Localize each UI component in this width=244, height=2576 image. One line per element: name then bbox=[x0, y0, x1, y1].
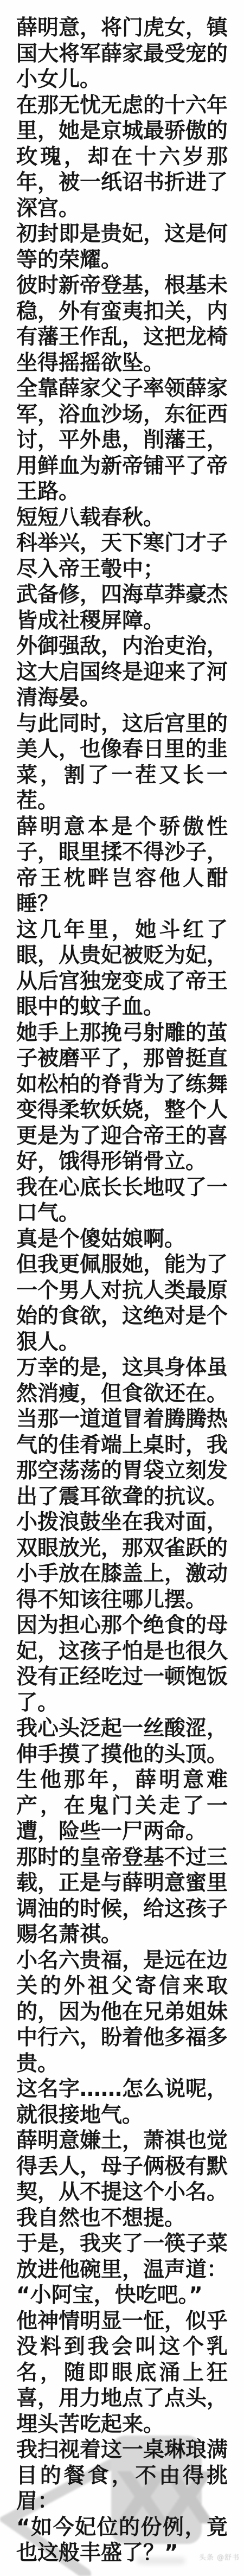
paragraph: 她手上那挽弓射雕的茧子被磨平了，那曾挺直如松柏的脊背为了练舞变得柔软妖娆，整个人… bbox=[16, 1020, 228, 1175]
paragraph: 我扫视着这一桌琳琅满目的餐食，不由得挑眉： bbox=[16, 2437, 228, 2515]
paragraph: 当那一道道冒着腾腾热气的佳肴端上桌时，我那空荡荡的胃袋立刻发出了震耳欲聋的抗议。 bbox=[16, 1407, 228, 1510]
paragraph: 我心头泛起一丝酸涩，伸手摸了摸他的头顶。 bbox=[16, 1716, 228, 1767]
paragraph: 与此同时，这后宫里的美人，也像春日里的韭菜，割了一茬又长一茬。 bbox=[16, 711, 228, 814]
paragraph: 薛明意嫌土，萧祺也觉得丢人，母子俩极有默契，从不提这个小名。 bbox=[16, 2128, 228, 2206]
paragraph: 我自然也不想提。 bbox=[16, 2206, 228, 2232]
paragraph: 外御强敌，内治吏治，这大启国终是迎来了河清海晏。 bbox=[16, 634, 228, 711]
paragraph: 真是个傻姑娘啊。 bbox=[16, 1226, 228, 1252]
novel-text: 薛明意，将门虎女，镇国大将军薛家最受宠的小女儿。 在那无忧无虑的十六年里，她是京… bbox=[0, 0, 244, 2566]
paragraph: 这几年里，她斗红了眼，从贵妃被贬为妃，从后宫独宠变成了帝王眼中的蚊子血。 bbox=[16, 917, 228, 1020]
paragraph: 生他那年，薛明意难产，在鬼门关走了一遭，险些一尸两命。 bbox=[16, 1767, 228, 1845]
paragraph: 科举兴，天下寒门才子尽入帝王彀中； bbox=[16, 530, 228, 582]
paragraph: 小名六贵福，是远在边关的外祖父寄信来取的，因为他在兄弟姐妹中行六，盼着他多福多贵… bbox=[16, 1948, 228, 2077]
paragraph: 在那无忧无虑的十六年里，她是京城最骄傲的玫瑰，却在十六岁那年，被一纸诏书折进了深… bbox=[16, 93, 228, 222]
paragraph: 武备修，四海草莽豪杰皆成社稷屏障。 bbox=[16, 582, 228, 634]
paragraph: 但我更佩服她，能为了一个男人对抗人类最原始的食欲，这绝对是个狠人。 bbox=[16, 1252, 228, 1355]
paragraph: 薛明意本是个骄傲性子，眼里揉不得沙子，帝王枕畔岂容他人酣睡？ bbox=[16, 814, 228, 917]
paragraph: 他神情明显一怔，似乎没料到我会叫这个乳名，随即眼底涌上狂喜，用力地点了点头，埋头… bbox=[16, 2309, 228, 2438]
paragraph: 初封即是贵妃，这是何等的荣耀。 bbox=[16, 221, 228, 273]
paragraph: 小拨浪鼓坐在我对面，双眼放光，那双雀跃的小手放在膝盖上，激动得不知该往哪儿摆。 bbox=[16, 1510, 228, 1613]
paragraph: 短短八载春秋。 bbox=[16, 505, 228, 531]
paragraph: “如今妃位的份例，竟也这般丰盛了？” bbox=[16, 2515, 228, 2566]
paragraph: 那时的皇帝登基不过三载，正是与薛明意蜜里调油的时候，给这孩子赐名萧祺。 bbox=[16, 1845, 228, 1948]
paragraph: 万幸的是，这具身体虽然消瘦，但食欲还在。 bbox=[16, 1355, 228, 1407]
paragraph: 薛明意，将门虎女，镇国大将军薛家最受宠的小女儿。 bbox=[16, 15, 228, 93]
paragraph: 这名字……怎么说呢，就很接地气。 bbox=[16, 2076, 228, 2128]
paragraph: 全靠薛家父子率领薛家军，浴血沙场，东征西讨，平外患，削藩王，用鲜血为新帝铺平了帝… bbox=[16, 376, 228, 505]
paragraph: 于是，我夹了一筷子菜放进他碗里，温声道： bbox=[16, 2231, 228, 2283]
paragraph: 我在心底长长地叹了一口气。 bbox=[16, 1175, 228, 1226]
paragraph: 彼时新帝登基，根基未稳，外有蛮夷扣关，内有藩王作乱，这把龙椅坐得摇摇欲坠。 bbox=[16, 273, 228, 376]
novel-page: XX 头条 @舒书 薛明意，将门虎女，镇国大将军薛家最受宠的小女儿。 在那无忧无… bbox=[0, 0, 244, 2576]
paragraph: “小阿宝，快吃吧。” bbox=[16, 2283, 228, 2309]
paragraph: 因为担心那个绝食的母妃，这孩子怕是也很久没有正经吃过一顿饱饭了。 bbox=[16, 1613, 228, 1716]
